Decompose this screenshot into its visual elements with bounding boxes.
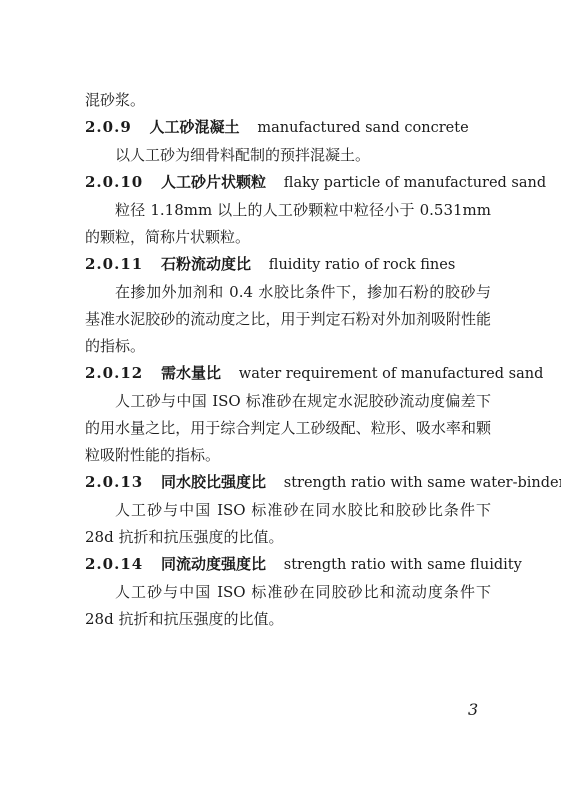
- term-entry-2-0-14: 2.0.14 同流动度强度比 strength ratio with same …: [85, 551, 491, 633]
- term-english: flaky particle of manufactured sand: [284, 175, 546, 191]
- clause-number: 2.0.10: [85, 173, 143, 191]
- term-heading: 2.0.13 同水胶比强度比 strength ratio with same …: [85, 469, 491, 497]
- term-definition: 人工砂与中国 ISO 标准砂在规定水泥胶砂流动度偏差下的用水量之比，用于综合判定…: [85, 388, 491, 469]
- document-page: 混砂浆。 2.0.9 人工砂混凝土 manufactured sand conc…: [0, 0, 561, 804]
- term-entry-2-0-13: 2.0.13 同水胶比强度比 strength ratio with same …: [85, 469, 491, 551]
- terminology-section: 混砂浆。 2.0.9 人工砂混凝土 manufactured sand conc…: [85, 87, 491, 633]
- term-heading: 2.0.12 需水量比 water requirement of manufac…: [85, 360, 491, 388]
- term-definition: 人工砂与中国 ISO 标准砂在同胶砂比和流动度条件下 28d 抗折和抗压强度的比…: [85, 579, 491, 633]
- term-english: fluidity ratio of rock fines: [269, 257, 456, 273]
- term-english: manufactured sand concrete: [257, 120, 468, 136]
- term-chinese: 同水胶比强度比: [161, 473, 266, 491]
- term-heading: 2.0.9 人工砂混凝土 manufactured sand concrete: [85, 114, 491, 142]
- term-chinese: 同流动度强度比: [161, 555, 266, 573]
- term-heading: 2.0.11 石粉流动度比 fluidity ratio of rock fin…: [85, 251, 491, 279]
- clause-number: 2.0.9: [85, 118, 132, 136]
- clause-number: 2.0.14: [85, 555, 143, 573]
- term-chinese: 石粉流动度比: [161, 255, 251, 273]
- term-entry-2-0-12: 2.0.12 需水量比 water requirement of manufac…: [85, 360, 491, 469]
- term-chinese: 人工砂混凝土: [150, 118, 240, 136]
- term-definition: 人工砂与中国 ISO 标准砂在同水胶比和胶砂比条件下 28d 抗折和抗压强度的比…: [85, 497, 491, 551]
- term-english: water requirement of manufactured sand: [239, 366, 544, 382]
- term-chinese: 需水量比: [161, 364, 221, 382]
- term-entry-2-0-10: 2.0.10 人工砂片状颗粒 flaky particle of manufac…: [85, 169, 491, 251]
- clause-number: 2.0.12: [85, 364, 143, 382]
- term-definition: 以人工砂为细骨料配制的预拌混凝土。: [85, 142, 491, 169]
- term-entry-2-0-11: 2.0.11 石粉流动度比 fluidity ratio of rock fin…: [85, 251, 491, 360]
- term-definition: 在掺加外加剂和 0.4 水胶比条件下，掺加石粉的胶砂与基准水泥胶砂的流动度之比，…: [85, 279, 491, 360]
- clause-number: 2.0.11: [85, 255, 143, 273]
- continuation-paragraph: 混砂浆。: [85, 87, 491, 114]
- term-definition: 粒径 1.18mm 以上的人工砂颗粒中粒径小于 0.531mm 的颗粒，简称片状…: [85, 197, 491, 251]
- page-number: 3: [468, 700, 478, 719]
- term-chinese: 人工砂片状颗粒: [161, 173, 266, 191]
- term-english: strength ratio with same fluidity: [284, 557, 522, 573]
- term-english: strength ratio with same water-binder ra…: [284, 475, 561, 491]
- clause-number: 2.0.13: [85, 473, 143, 491]
- term-entry-2-0-9: 2.0.9 人工砂混凝土 manufactured sand concrete …: [85, 114, 491, 169]
- term-heading: 2.0.14 同流动度强度比 strength ratio with same …: [85, 551, 491, 579]
- term-heading: 2.0.10 人工砂片状颗粒 flaky particle of manufac…: [85, 169, 491, 197]
